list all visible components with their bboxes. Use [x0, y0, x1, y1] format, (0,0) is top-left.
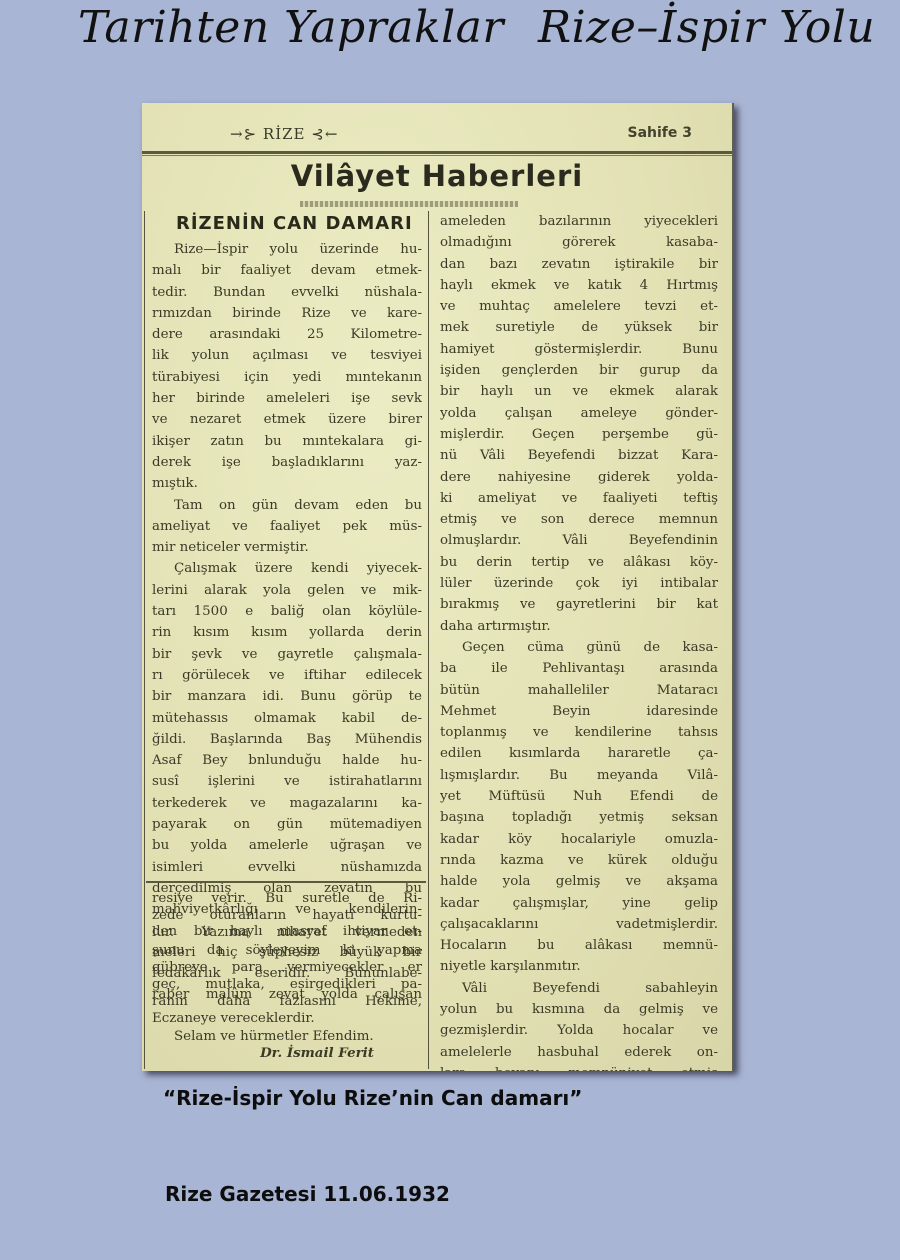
header-rule-thin: [142, 155, 732, 156]
page-number: Sahife 3: [628, 125, 693, 141]
text-line: Mehmet Beyin idaresinde: [440, 701, 718, 722]
text-line: bir manzara idi. Bunu görüp te: [152, 686, 422, 707]
text-line: payarak on gün mütemadiyen: [152, 814, 422, 835]
text-line: dan bazı zevatın iştirakile bir: [440, 254, 718, 275]
text-line: Rize—İspir yolu üzerinde hu-: [152, 239, 422, 260]
text-line: lüler üzerinde çok iyi intibalar: [440, 573, 718, 594]
text-line: Tam on gün devam eden bu: [152, 495, 422, 516]
text-line: resiye verir. Bu suretle de Ri-: [152, 890, 422, 907]
text-line: bütün mahalleliler Mataracı: [440, 680, 718, 701]
text-line: tedir. Bundan evvelki nüshala-: [152, 282, 422, 303]
text-line: geç, mutlaka, esirgedikleri pa-: [152, 976, 422, 993]
text-line: türabiyesi için yedi mıntekanın: [152, 367, 422, 388]
text-line: nü Vâli Beyefendi bizzat Kara-: [440, 445, 718, 466]
text-line: toplanmış ve kendilerine tahsıs: [440, 722, 718, 743]
newspaper-clipping: →⊱ RİZE ⊰← Sahife 3 Vilâyet Haberleri Rİ…: [142, 103, 734, 1071]
newspaper-header: →⊱ RİZE ⊰← Sahife 3: [142, 125, 732, 149]
text-line: terkederek ve magazalarını ka-: [152, 793, 422, 814]
text-line: yolun bu kısmına da gelmiş ve: [440, 999, 718, 1020]
title-topic: Rize–İspir Yolu: [538, 2, 875, 53]
text-line: bırakmış ve gayretlerini bir kat: [440, 594, 718, 615]
text-line: rin kısım kısım yollarda derin: [152, 622, 422, 643]
text-line: daha artırmıştır.: [440, 616, 718, 637]
text-line: hamiyet göstermişlerdir. Bunu: [440, 339, 718, 360]
article-headline: RİZENİN CAN DAMARI: [152, 211, 422, 237]
text-line: dere nahiyesine giderek yolda-: [440, 467, 718, 488]
text-line: kadar çalışmışlar, yine gelip: [440, 893, 718, 914]
column-border-left: [144, 211, 145, 1069]
text-line: tarı 1500 e baliğ olan köylüle-: [152, 601, 422, 622]
text-line: lerini alarak yola gelen ve mik-: [152, 580, 422, 601]
text-line: susî işlerini ve istirahatlarını: [152, 771, 422, 792]
column-break-rule: [146, 881, 426, 883]
article-left-column: RİZENİN CAN DAMARI Rize—İspir yolu üzeri…: [152, 211, 422, 1006]
text-line: haylı ekmek ve katık 4 Hırtmış: [440, 275, 718, 296]
column-divider: [428, 211, 429, 1069]
text-line: olmuşlardır. Vâli Beyefendinin: [440, 530, 718, 551]
text-line: ve muhtaç amelelere tevzi et-: [440, 296, 718, 317]
text-line: niyetle karşılanmıtır.: [440, 956, 718, 977]
text-line: rında kazma ve kürek olduğu: [440, 850, 718, 871]
header-rule: [142, 151, 732, 154]
text-line: lışmışlardır. Bu meyanda Vilâ-: [440, 765, 718, 786]
text-line: etmiş ve son derece memnun: [440, 509, 718, 530]
text-line: ranın daha fazlasını Hekime,: [152, 993, 422, 1010]
text-line: halde yola gelmiş ve akşama: [440, 871, 718, 892]
text-line: her birinde ameleleri işe sevk: [152, 388, 422, 409]
text-line: Hocaların bu alâkası memnü-: [440, 935, 718, 956]
signature: Dr. İsmail Ferit: [152, 1045, 422, 1062]
text-line: Eczaneye vereceklerdir.: [152, 1010, 422, 1027]
text-line: çalışacaklarını vadetmişlerdir.: [440, 914, 718, 935]
text-line: Çalışmak üzere kendi yiyecek-: [152, 558, 422, 579]
text-line: ba ile Pehlivantaşı arasında: [440, 658, 718, 679]
text-line: edilen kısımlarda hararetle ça-: [440, 743, 718, 764]
section-title: Vilâyet Haberleri: [142, 159, 732, 193]
text-line: lik yolun açılması ve tesviyei: [152, 345, 422, 366]
title-series: Tarihten Yapraklar: [78, 2, 504, 53]
text-line: yet Müftüsü Nuh Efendi de: [440, 786, 718, 807]
text-line: ve nezaret etmek üzere birer: [152, 409, 422, 430]
right-column-text: ameleden bazılarının yiyecekleriolmadığı…: [440, 211, 718, 1071]
text-line: gezmişlerdir. Yolda hocalar ve: [440, 1020, 718, 1041]
text-line: kadar köy hocalariyle omuzla-: [440, 829, 718, 850]
text-line: işiden gençlerden bir gurup da: [440, 360, 718, 381]
text-line: şunu da söyleyeyim ki yapma: [152, 942, 422, 959]
text-line: Selam ve hürmetler Efendim.: [152, 1028, 422, 1045]
text-line: Vâli Beyefendi sabahleyin: [440, 978, 718, 999]
text-line: mütehassıs olmamak kabil de-: [152, 708, 422, 729]
text-line: mek suretiyle de yüksek bir: [440, 317, 718, 338]
text-line: bu derin tertip ve alâkası köy-: [440, 552, 718, 573]
text-line: Asaf Bey bnlunduğu halde hu-: [152, 750, 422, 771]
text-line: derek işe başladıklarını yaz-: [152, 452, 422, 473]
page-title: Tarihten YapraklarRize–İspir Yolu: [78, 2, 838, 53]
image-caption: “Rize-İspir Yolu Rize’nin Can damarı”: [163, 1086, 582, 1110]
text-line: Geçen cüma günü de kasa-: [440, 637, 718, 658]
text-line: amelelerle hasbuhal ederek on-: [440, 1042, 718, 1063]
text-line: rı görülecek ve iftihar edilecek: [152, 665, 422, 686]
left-bottom-text: resiye verir. Bu suretle de Ri-zede otur…: [152, 890, 422, 1045]
text-line: olmadığını görerek kasaba-: [440, 232, 718, 253]
text-line: mişlerdir. Geçen perşembe gü-: [440, 424, 718, 445]
text-line: ameliyat ve faaliyet pek müs-: [152, 516, 422, 537]
text-line: başına topladığı yetmiş seksan: [440, 807, 718, 828]
text-line: ikişer zatın bu mıntekalara gi-: [152, 431, 422, 452]
text-line: ki ameliyat ve faaliyeti teftiş: [440, 488, 718, 509]
text-line: mıştık.: [152, 473, 422, 494]
text-line: yolda çalışan ameleye gönder-: [440, 403, 718, 424]
article-right-column: ameleden bazılarının yiyecekleriolmadığı…: [440, 211, 718, 1071]
text-line: zede oturanların hayatı kurtu-: [152, 907, 422, 924]
text-line: lur. Yazıma nihayet vermeden: [152, 924, 422, 941]
article-left-bottom: resiye verir. Bu suretle de Ri-zede otur…: [152, 890, 422, 1062]
text-line: rımızdan birinde Rize ve kare-: [152, 303, 422, 324]
text-line: ğildi. Başlarında Baş Mühendis: [152, 729, 422, 750]
text-line: mir neticeler vermiştir.: [152, 537, 422, 558]
text-line: isimleri evvelki nüshamızda: [152, 857, 422, 878]
text-line: gübreye para vermiyecekler er: [152, 959, 422, 976]
text-line: bir şevk ve gayretle çalışmala-: [152, 644, 422, 665]
masthead: →⊱ RİZE ⊰←: [230, 125, 338, 143]
text-line: ameleden bazılarının yiyecekleri: [440, 211, 718, 232]
ornament-divider: [300, 201, 518, 207]
text-line: bu yolda amelerle uğraşan ve: [152, 835, 422, 856]
text-line: lara beyanı memnüniyet etmiş: [440, 1063, 718, 1071]
source-citation: Rize Gazetesi 11.06.1932: [165, 1182, 450, 1206]
text-line: dere arasındaki 25 Kilometre-: [152, 324, 422, 345]
text-line: bir haylı un ve ekmek alarak: [440, 381, 718, 402]
text-line: malı bir faaliyet devam etmek-: [152, 260, 422, 281]
